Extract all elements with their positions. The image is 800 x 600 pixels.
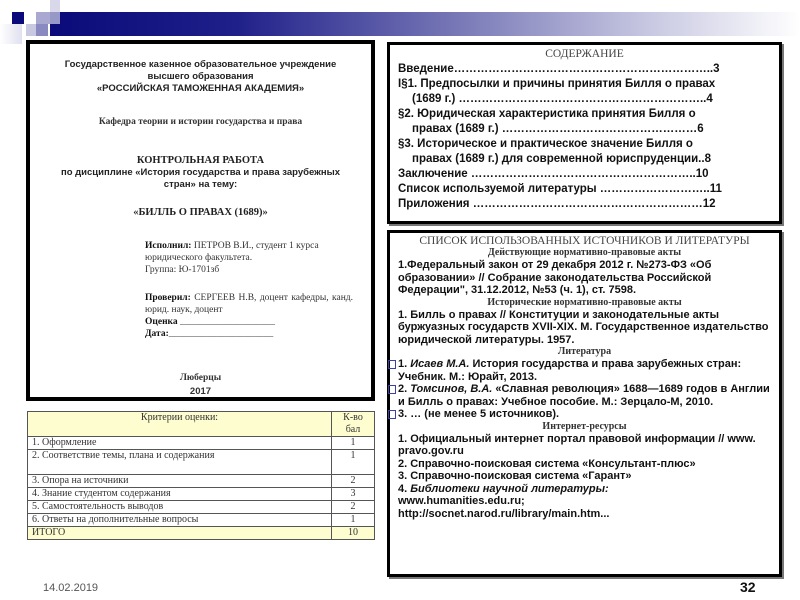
table-row: 6. Ответы на дополнительные вопросы1: [28, 514, 375, 527]
toc-line: (1689 г.) ………………………………………………………..4: [398, 92, 771, 107]
bullet-icon: [388, 360, 396, 369]
header-points: К-во бал: [332, 412, 375, 437]
grade-line: ____________________: [180, 317, 275, 327]
total-label: ИТОГО: [28, 527, 332, 540]
toc-line: Список используемой литературы …………………………: [398, 182, 771, 197]
date-label: Дата:: [145, 329, 169, 339]
section-internet: Интернет-ресурсы: [398, 421, 771, 433]
list-item: 3. Справочно-поисковая система «Гарант»: [398, 470, 771, 483]
toc-line: Приложения ……………………………………………………12: [398, 197, 771, 212]
list-item: 1. Официальный интернет портал правовой …: [398, 433, 771, 458]
decor-square: [50, 12, 60, 24]
list-item: 3. … (не менее 5 источников).: [398, 408, 771, 421]
institution: Государственное казенное образовательное…: [30, 59, 371, 95]
list-item: 1. Билль о правах // Конституции и закон…: [398, 309, 771, 347]
decor-square: [36, 12, 50, 24]
toc-line: правах (1689 г.) ……………………………………………6: [398, 122, 771, 137]
checker-label: Проверил:: [145, 293, 191, 303]
table-row: 4. Знание студентом содержания3: [28, 488, 375, 501]
toc-line: Заключение …………………………………………………..10: [398, 167, 771, 182]
table-row: 1. Оформление1: [28, 437, 375, 450]
decor-square: [0, 24, 22, 44]
criterion: 1. Оформление: [28, 437, 332, 450]
discipline-line1: по дисциплине «История государства и пра…: [30, 167, 371, 179]
group: Группа: Ю-1701зб: [145, 265, 219, 275]
points: 3: [332, 488, 375, 501]
total-points: 10: [332, 527, 375, 540]
year: 2017: [30, 386, 371, 397]
points: 1: [332, 514, 375, 527]
points: 1: [332, 450, 375, 475]
item-title: Библиотеки научной литературы:: [410, 483, 608, 495]
list-item: 4. Библиотеки научной литературы: www.hu…: [398, 483, 771, 521]
internet-list: 1. Официальный интернет портал правовой …: [398, 433, 771, 483]
contents-list: Введение…………………………………………………………..3I§1. Пр…: [398, 62, 771, 212]
header-criteria: Критерии оценки:: [28, 412, 332, 437]
table-row: 3. Опора на источники2: [28, 475, 375, 488]
item-number: 3.: [398, 408, 410, 420]
item-number: 1.: [398, 358, 410, 370]
link-text: www.humanities.edu.ru;: [398, 495, 525, 507]
contents-box: СОДЕРЖАНИЕ Введение…………………………………………………………: [387, 42, 782, 224]
item-author: Исаев М.А.: [410, 358, 469, 370]
toc-line: §2. Юридическая характеристика принятия …: [398, 107, 771, 122]
bibliography-box: СПИСОК ИСПОЛЬЗОВАННЫХ ИСТОЧНИКОВ И ЛИТЕР…: [387, 230, 782, 577]
item-author: Томсинов, В.А.: [410, 383, 492, 395]
toc-line: I§1. Предпосылки и причины принятия Билл…: [398, 77, 771, 92]
literature-list: 1. Исаев М.А. История государства и прав…: [398, 358, 771, 421]
link-text: http://socnet.narod.ru/library/main.htm.…: [398, 508, 609, 520]
item-text: … (не менее 5 источников).: [410, 408, 559, 420]
institution-line1: Государственное казенное образовательное…: [30, 59, 371, 71]
date-line: ______________________: [169, 329, 274, 339]
toc-line: Введение…………………………………………………………..3: [398, 62, 771, 77]
section-current-acts: Действующие нормативно-правовые акты: [398, 247, 771, 259]
list-item: 2. Справочно-поисковая система «Консульт…: [398, 458, 771, 471]
title-page-sample: Государственное казенное образовательное…: [26, 40, 375, 401]
work-type: КОНТРОЛЬНАЯ РАБОТА: [30, 155, 371, 167]
criteria-table: Критерии оценки: К-во бал 1. Оформление1…: [27, 411, 375, 540]
department: Кафедра теории и истории государства и п…: [30, 116, 371, 128]
toc-line: §3. Историческое и практическое значение…: [398, 137, 771, 152]
list-item: 2. Томсинов, В.А. «Славная революция» 16…: [398, 383, 771, 408]
slide-number: 32: [740, 579, 756, 595]
bullet-icon: [388, 410, 396, 419]
discipline-line2: стран» на тему:: [30, 179, 371, 191]
slide-date: 14.02.2019: [43, 582, 98, 594]
contents-title: СОДЕРЖАНИЕ: [398, 47, 771, 62]
criterion: 3. Опора на источники: [28, 475, 332, 488]
section-historical-acts: Исторические нормативно-правовые акты: [398, 297, 771, 309]
institution-line2: высшего образования: [30, 71, 371, 83]
table-row: 2. Соответствие темы, плана и содержания…: [28, 450, 375, 475]
executor-label: Исполнил:: [145, 241, 191, 251]
table-row: 5. Самостоятельность выводов2: [28, 501, 375, 514]
criterion: 5. Самостоятельность выводов: [28, 501, 332, 514]
decor-square: [26, 24, 36, 36]
bullet-icon: [388, 385, 396, 394]
decor-square: [36, 24, 48, 36]
city: Люберцы: [30, 373, 371, 383]
institution-name: «РОССИЙСКАЯ ТАМОЖЕННАЯ АКАДЕМИЯ»: [30, 83, 371, 95]
executor-block: Исполнил: ПЕТРОВ В.И., студент 1 курса ю…: [145, 240, 353, 276]
section-literature: Литература: [398, 346, 771, 358]
criterion: 2. Соответствие темы, плана и содержания: [28, 450, 332, 475]
toc-line: правах (1689 г.) для современной юриспру…: [398, 152, 771, 167]
decor-square: [50, 0, 60, 12]
table-header-row: Критерии оценки: К-во бал: [28, 412, 375, 437]
header-gradient-bar: [50, 12, 800, 36]
bibliography-title: СПИСОК ИСПОЛЬЗОВАННЫХ ИСТОЧНИКОВ И ЛИТЕР…: [398, 235, 771, 247]
list-item: 1.Федеральный закон от 29 декабря 2012 г…: [398, 259, 771, 297]
item-number: 4.: [398, 483, 410, 495]
decor-square: [12, 12, 24, 24]
total-row: ИТОГО10: [28, 527, 375, 540]
list-item: 1. Исаев М.А. История государства и прав…: [398, 358, 771, 383]
checker-block: Проверил: СЕРГЕЕВ Н.В, доцент кафедры, к…: [145, 292, 353, 340]
points: 1: [332, 437, 375, 450]
criterion: 6. Ответы на дополнительные вопросы: [28, 514, 332, 527]
criterion: 4. Знание студентом содержания: [28, 488, 332, 501]
points: 2: [332, 501, 375, 514]
topic: «БИЛЛЬ О ПРАВАХ (1689)»: [30, 207, 371, 219]
points: 2: [332, 475, 375, 488]
discipline: по дисциплине «История государства и пра…: [30, 167, 371, 191]
item-number: 2.: [398, 383, 410, 395]
grade-label: Оценка: [145, 317, 178, 327]
